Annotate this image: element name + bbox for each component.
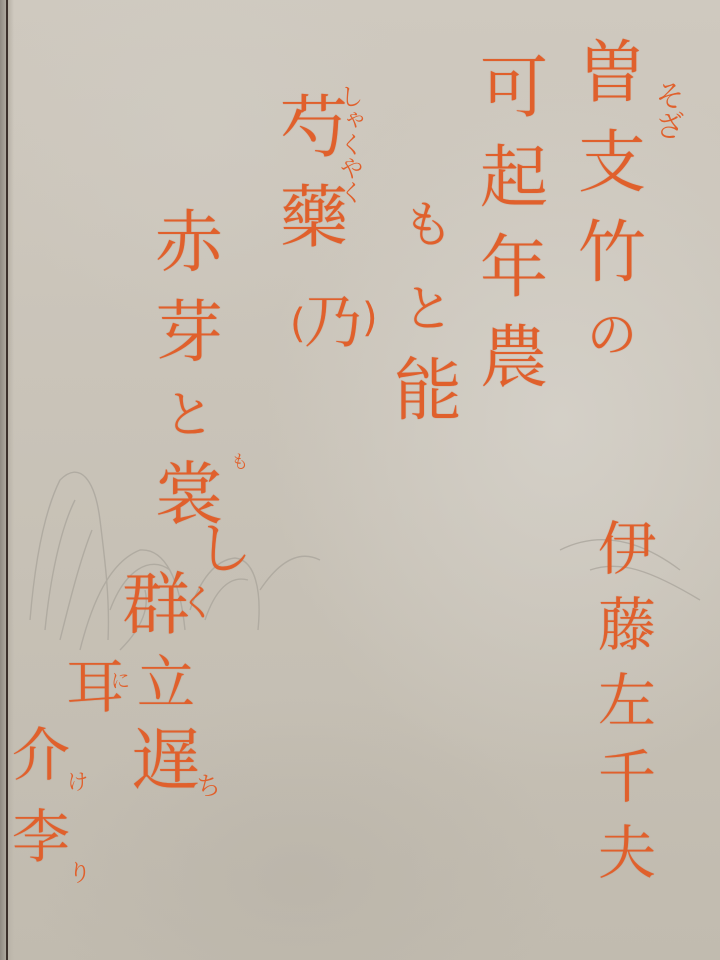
poem-column-8: 介 李: [12, 726, 70, 886]
signature-char: 藤: [598, 596, 656, 654]
poem-char: 赤: [155, 210, 223, 278]
poem-column-1: 曽 支 竹 の: [578, 40, 646, 360]
signature-char: 千: [598, 748, 656, 806]
poem-char: 遅: [132, 728, 200, 796]
poem-char: と: [403, 284, 453, 334]
furigana-ri: り: [64, 860, 89, 884]
poem-char: も: [403, 200, 453, 250]
poem-char: 曽: [578, 40, 646, 108]
poem-char: 起: [480, 145, 548, 213]
poem-char: 群: [122, 572, 190, 640]
signature-column: 伊 藤 左 千 夫: [598, 520, 656, 902]
poem-column-5: 赤 芽 と 裳: [155, 210, 223, 538]
poem-char: 乃: [304, 293, 362, 351]
furigana-shakuyaku: しゃくやく: [336, 84, 361, 204]
poem-char: と: [164, 390, 214, 440]
furigana-ni: に: [108, 670, 129, 690]
signature-char: 伊: [598, 520, 656, 578]
poem-column-6: 群 立 遅: [112, 572, 200, 818]
poem-char: 立: [137, 654, 195, 712]
poem-char: し: [196, 522, 252, 578]
poem-char: の: [587, 310, 637, 360]
furigana-soza: そざ: [644, 80, 689, 140]
poem-char: 農: [480, 325, 548, 393]
calligraphy-photo: 曽 支 竹 の そざ 可 起 年 農 芍 藥 乃 しゃくやく ( ) も と 能…: [0, 0, 720, 960]
poem-char: 李: [12, 808, 70, 866]
poem-char: 介: [12, 726, 70, 784]
paper-edge-line: [6, 0, 8, 960]
poem-char: 能: [394, 358, 462, 426]
furigana-mo: も: [228, 452, 247, 470]
furigana-ke: け: [64, 770, 87, 792]
signature-char: 左: [598, 672, 656, 730]
poem-char: 年: [480, 235, 548, 303]
poem-char: 可: [480, 55, 548, 123]
poem-char: 支: [578, 130, 646, 198]
paren-close: ): [362, 298, 378, 338]
poem-column-4: も と 能: [394, 200, 462, 448]
poem-char: 竹: [578, 220, 646, 288]
furigana-chi: ち: [192, 772, 219, 798]
paren-open: (: [290, 304, 306, 344]
poem-column-2: 可 起 年 農: [480, 55, 548, 415]
poem-char: 芽: [155, 300, 223, 368]
signature-char: 夫: [598, 824, 656, 882]
